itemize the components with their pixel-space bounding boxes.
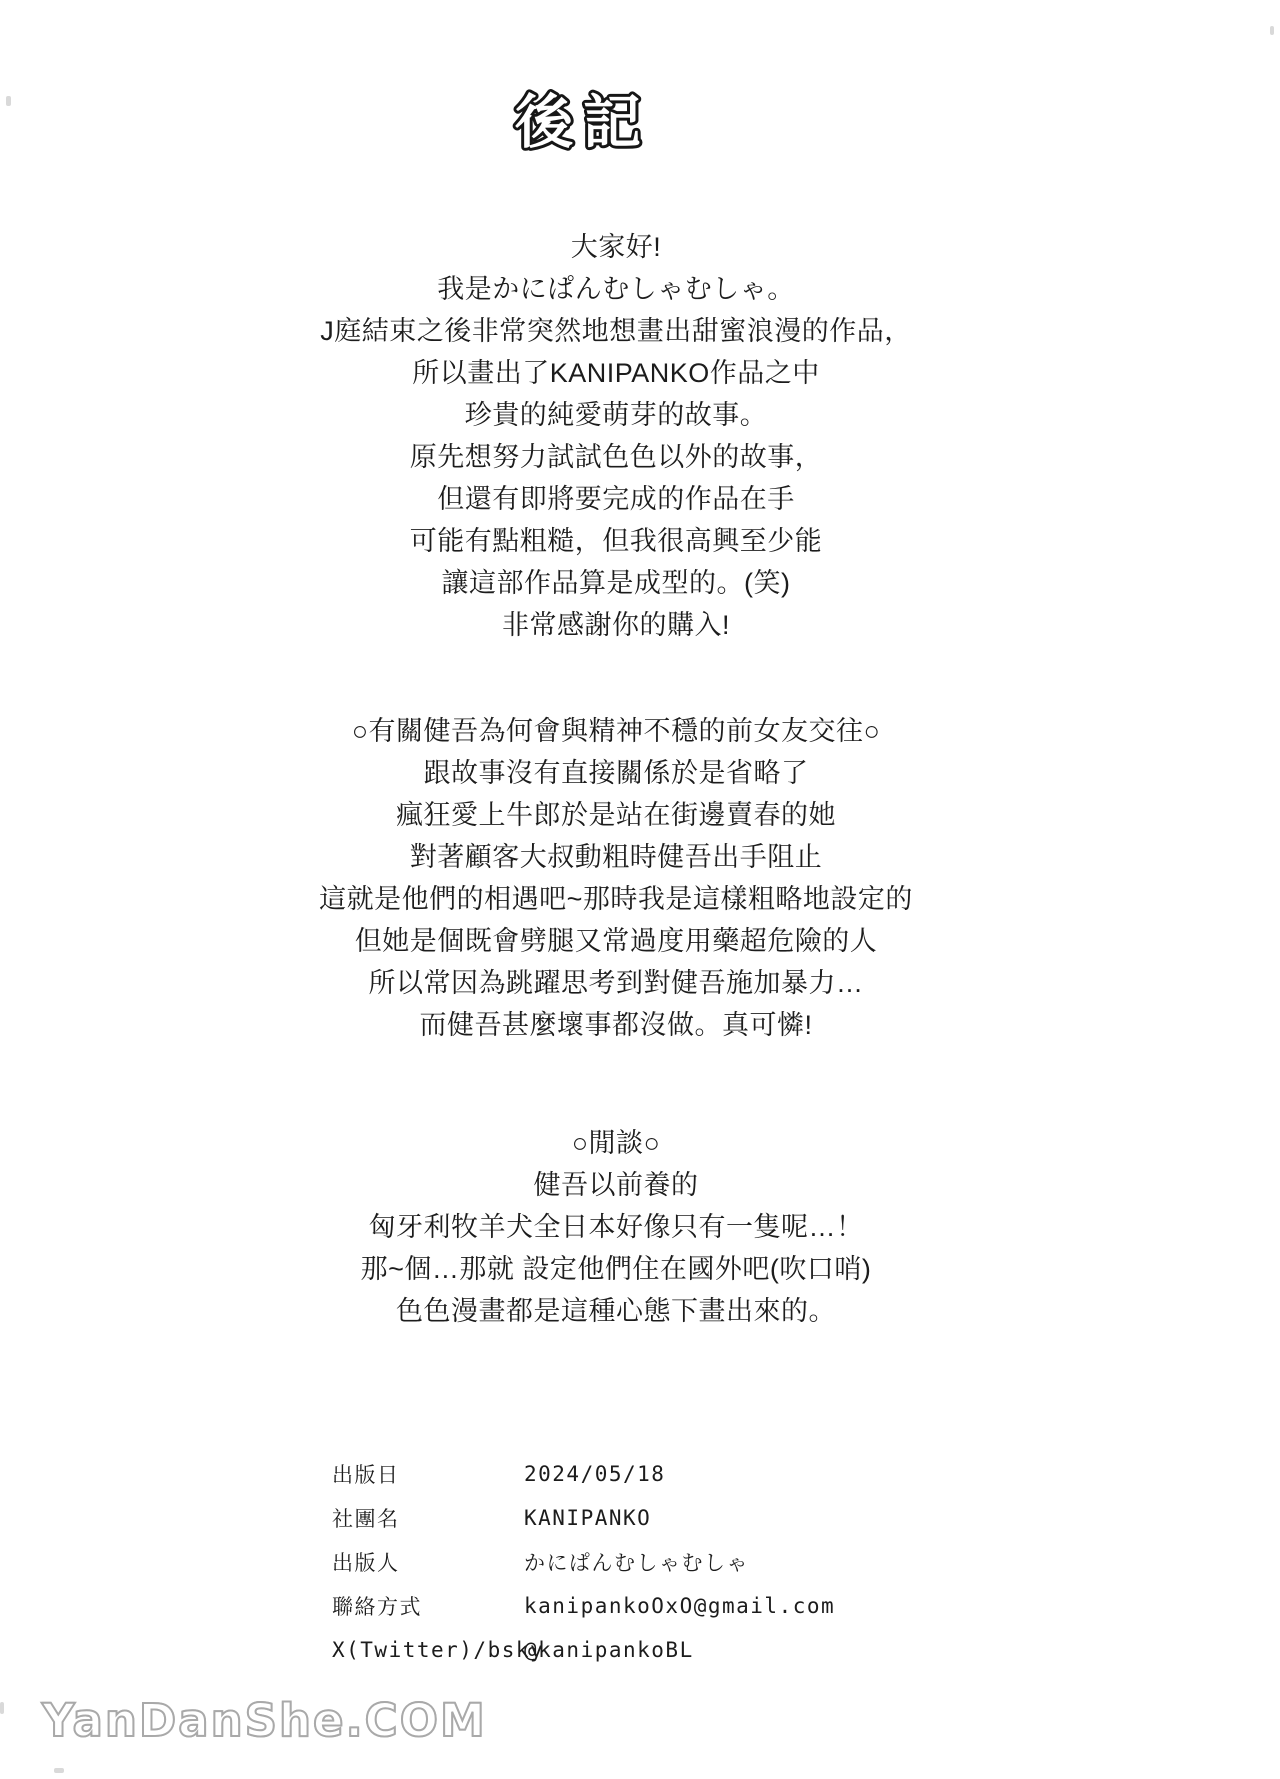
page-title-art: 後記: [433, 82, 733, 162]
section-ex-girlfriend: ○有關健吾為何會與精神不穩的前女友交往○ 跟故事沒有直接關係於是省略了 瘋狂愛上…: [0, 710, 1232, 1046]
afterword-line: 而健吾甚麼壞事都沒做。真可憐!: [0, 1004, 1232, 1046]
credits-row-contact: 聯絡方式 kanipankoOxO@gmail.com: [332, 1584, 1092, 1628]
afterword-line: 所以常因為跳躍思考到對健吾施加暴力…: [0, 962, 1232, 1004]
credits-row-circle-name: 社團名 KANIPANKO: [332, 1496, 1092, 1540]
credits-row-publisher: 出版人 かにぱんむしゃむしゃ: [332, 1540, 1092, 1584]
afterword-line: 我是かにぱんむしゃむしゃ。: [0, 268, 1232, 310]
afterword-line: 珍貴的純愛萌芽的故事。: [0, 394, 1232, 436]
section-small-talk: ○閒談○ 健吾以前養的 匈牙利牧羊犬全日本好像只有一隻呢…！ 那~個…那就 設定…: [0, 1122, 1232, 1332]
scan-speck: [0, 1702, 4, 1714]
section-heading: ○有關健吾為何會與精神不穩的前女友交往○: [0, 710, 1232, 752]
afterword-line: 那~個…那就 設定他們住在國外吧(吹口哨): [0, 1248, 1232, 1290]
scan-speck: [54, 1768, 64, 1773]
afterword-line: 這就是他們的相遇吧~那時我是這樣粗略地設定的: [0, 878, 1232, 920]
afterword-page: 後記 大家好! 我是かにぱんむしゃむしゃ。 J庭結束之後非常突然地想畫出甜蜜浪漫…: [0, 0, 1280, 1779]
colophon: 出版日 2024/05/18 社團名 KANIPANKO 出版人 かにぱんむしゃ…: [332, 1452, 1092, 1672]
credit-value: kanipankoOxO@gmail.com: [524, 1594, 835, 1618]
page-title: 後記: [515, 90, 651, 155]
scan-speck: [6, 96, 11, 106]
credit-value: 2024/05/18: [524, 1462, 665, 1486]
afterword-line: J庭結束之後非常突然地想畫出甜蜜浪漫的作品，: [0, 310, 1232, 352]
watermark: YanDanShe.COM: [42, 1694, 487, 1747]
afterword-line: 健吾以前養的: [0, 1164, 1232, 1206]
credit-label: X(Twitter)/bsky: [332, 1638, 524, 1662]
afterword-line: 跟故事沒有直接關係於是省略了: [0, 752, 1232, 794]
afterword-line: 但她是個既會劈腿又常過度用藥超危險的人: [0, 920, 1232, 962]
page-title-wrap: 後記: [0, 82, 1199, 167]
afterword-line: 所以畫出了KANIPANKO作品之中: [0, 352, 1232, 394]
credits-row-publish-date: 出版日 2024/05/18: [332, 1452, 1092, 1496]
section-greeting: 大家好! 我是かにぱんむしゃむしゃ。 J庭結束之後非常突然地想畫出甜蜜浪漫的作品…: [0, 226, 1232, 646]
credit-value: @kanipankoBL: [524, 1638, 694, 1662]
afterword-line: 對著顧客大叔動粗時健吾出手阻止: [0, 836, 1232, 878]
afterword-line: 讓這部作品算是成型的。(笑): [0, 562, 1232, 604]
afterword-line: 匈牙利牧羊犬全日本好像只有一隻呢…！: [0, 1206, 1232, 1248]
afterword-line: 可能有點粗糙，但我很高興至少能: [0, 520, 1232, 562]
afterword-line: 瘋狂愛上牛郎於是站在街邊賣春的她: [0, 794, 1232, 836]
credit-value: KANIPANKO: [524, 1506, 651, 1530]
credit-label: 聯絡方式: [332, 1591, 524, 1621]
credit-label: 出版日: [332, 1459, 524, 1489]
credit-value: かにぱんむしゃむしゃ: [524, 1547, 749, 1577]
credits-row-social: X(Twitter)/bsky @kanipankoBL: [332, 1628, 1092, 1672]
afterword-line: 非常感謝你的購入!: [0, 604, 1232, 646]
afterword-line: 色色漫畫都是這種心態下畫出來的。: [0, 1290, 1232, 1332]
credit-label: 出版人: [332, 1547, 524, 1577]
scan-speck: [1270, 26, 1274, 35]
section-heading: ○閒談○: [0, 1122, 1232, 1164]
afterword-line: 但還有即將要完成的作品在手: [0, 478, 1232, 520]
afterword-line: 大家好!: [0, 226, 1232, 268]
afterword-line: 原先想努力試試色色以外的故事，: [0, 436, 1232, 478]
credit-label: 社團名: [332, 1503, 524, 1533]
